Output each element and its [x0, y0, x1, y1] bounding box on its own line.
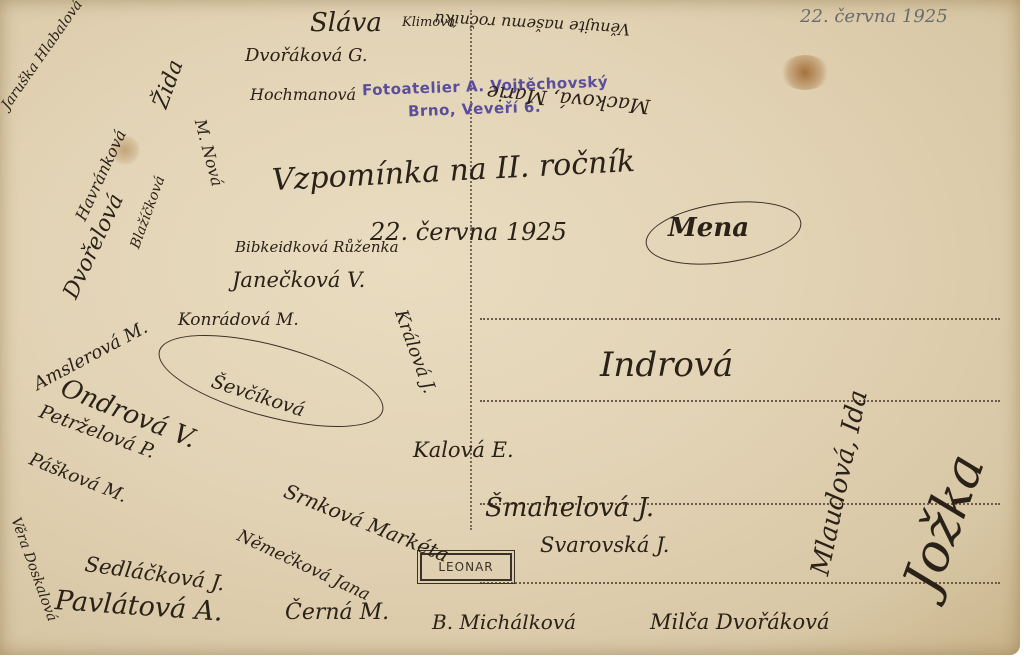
signature-janeckova: Janečková V.: [232, 268, 365, 292]
signature-michalkova: B. Michálková: [432, 610, 576, 634]
signature-bibkeidkova: Bibkeidková Růženka: [235, 238, 399, 256]
signature-nova: M. Nová: [191, 117, 227, 188]
signature-right-large: Jožka: [892, 446, 997, 600]
top-right-date: 22. června 1925: [800, 6, 948, 27]
address-line-2: [480, 400, 1000, 402]
signature-konradova: Konrádová M.: [178, 310, 299, 330]
address-line-1: [480, 318, 1000, 320]
signature-vera: Věra Doskalová: [7, 515, 59, 623]
signature-hochmanova: Hochmanová: [250, 85, 356, 104]
signature-blazickova: Blažíčková: [127, 174, 168, 251]
signature-upside-down-2: Věnujte našemu ročníku: [434, 10, 631, 39]
signature-pasekova: Pášková M.: [26, 449, 130, 507]
signature-jaruska: Jaruška Hlabalová: [0, 0, 86, 113]
signature-cerna: Černá M.: [285, 600, 389, 625]
postcard: Fotoatelier A. Vojtěchovský Brno, Veveří…: [0, 0, 1020, 655]
signature-slava: Sláva: [310, 8, 382, 38]
signature-milca-dvorakova: Milča Dvořáková: [650, 610, 830, 634]
signature-kalova: Kalová E.: [413, 438, 514, 462]
signature-kralova: Králová J.: [390, 307, 440, 396]
ink-stain: [780, 55, 830, 90]
signature-svarovska: Svarovská J.: [540, 533, 669, 557]
signature-mlaudova: Mlaudová, Ida: [805, 387, 874, 578]
signature-smahelova: Šmahelová J.: [485, 493, 654, 523]
signature-srnkova: Srnková Markéta: [281, 479, 453, 567]
signature-zida: Žida: [148, 57, 188, 112]
signature-mena: Mena: [668, 213, 749, 243]
signature-nemeckova: Němečková Jana: [234, 526, 373, 605]
signature-indrova: Indrová: [600, 345, 733, 385]
signature-dvorakova-g: Dvořáková G.: [245, 45, 368, 66]
heading-line2: 22. června 1925: [370, 218, 567, 246]
heading-line1: Vzpomínka na II. ročník: [271, 144, 636, 198]
